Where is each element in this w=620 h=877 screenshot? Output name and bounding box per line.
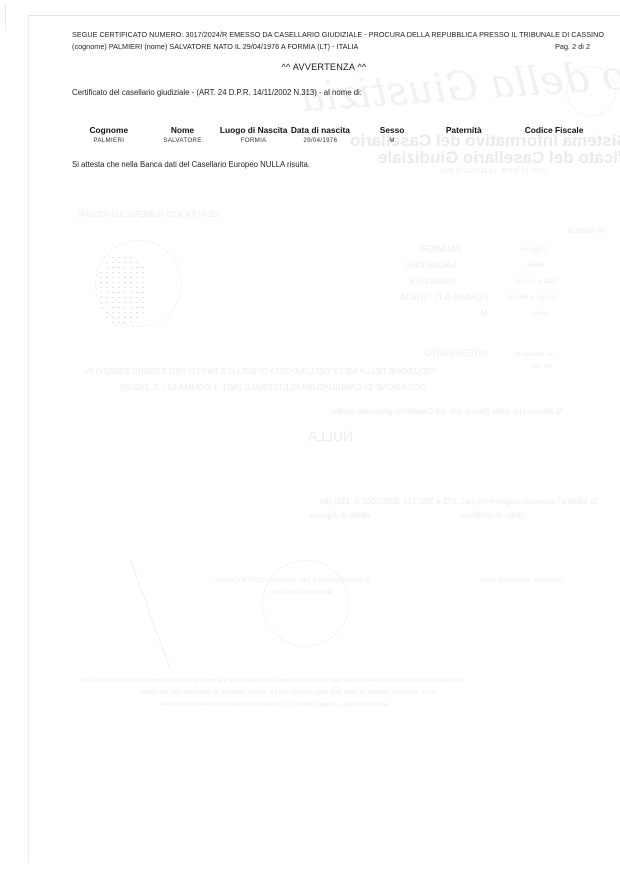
column-header: Data di nascita xyxy=(288,125,353,137)
header-line-2: (cognome) PALMIERI (nome) SALVATORE NATO… xyxy=(72,41,618,53)
bleed-through-value: 29/04/1976 xyxy=(410,276,455,286)
page-edge-top xyxy=(28,15,620,16)
seal-stamp-dots-icon xyxy=(98,255,148,325)
column-header: Codice Fiscale xyxy=(496,125,612,137)
warning-title: ^^ AVVERTENZA ^^ xyxy=(0,62,620,72)
cell-codice-fiscale xyxy=(496,137,612,147)
bleed-through-value: PALMIERI xyxy=(420,244,461,254)
bleed-through-cert-number: CERTIFICATO NUMERO: 3017/2024/R xyxy=(78,210,219,219)
cell-paternita xyxy=(431,137,496,147)
cell-nome: SALVATORE xyxy=(146,137,220,147)
bleed-through-value: FORMIA (LT) - ITALIA xyxy=(400,292,488,302)
column-header: Cognome xyxy=(72,125,146,137)
table-row: PALMIERI SALVATORE FORMIA 29/04/1976 M xyxy=(72,137,612,147)
seal-stamp-lower-icon xyxy=(262,560,349,647)
bleed-through-payment: Si attesta l'avvenuto pagamento (art. 27… xyxy=(320,496,598,506)
continuation-header: SEGUE CERTIFICATO NUMERO: 3017/2024/R EM… xyxy=(72,29,618,52)
page-number: Pag. 2 di 2 xyxy=(555,41,590,53)
header-line-1: SEGUE CERTIFICATO NUMERO: 3017/2024/R EM… xyxy=(72,29,618,41)
bleed-through-label: Data di nascita xyxy=(515,278,558,285)
table-header-row: Cognome Nome Luogo di Nascita Data di na… xyxy=(72,125,612,137)
bleed-through-label: Sesso xyxy=(530,310,548,317)
bleed-through-label: Luogo di Nascita xyxy=(507,294,555,301)
bleed-through-footer2: D.P.R. 445/2000; rilasciato ai sensi del… xyxy=(140,690,437,696)
bleed-through-footer3: ai sensi del D.lgs. 28 luglio 1989 n. 27… xyxy=(160,702,389,708)
bleed-through-value: SALVATORE xyxy=(405,260,457,270)
bleed-through-cert-subtitle: (ART. 24 D.P.R. 14/11/2002 N.313) xyxy=(440,168,548,175)
certificate-intro: Certificato del casellario giudiziale - … xyxy=(72,88,362,97)
bleed-through-fee1: diritto di certificato xyxy=(460,511,524,520)
cell-sesso: M xyxy=(353,137,432,147)
bleed-through-to-name: Al nome di: xyxy=(565,226,605,235)
bleed-through-use-line1: RIDUZIONE DELLA META' DELL'IMPOSTA DI BO… xyxy=(85,366,435,376)
bleed-through-date: CASSINO, 22/01/2024 09:17 xyxy=(480,577,563,584)
person-table: Cognome Nome Luogo di Nascita Data di na… xyxy=(72,125,612,147)
bleed-through-attest: Si attesta che nella Banca dati del Case… xyxy=(330,406,563,416)
bleed-through-cert-title: Certificato del Casellario Giudiziale xyxy=(378,148,620,168)
bleed-through-fee2: diritto di urgenza xyxy=(310,511,369,520)
attestation-text: Si attesta che nella Banca dati del Case… xyxy=(72,160,310,169)
bleed-through-use-line2: OCCASIONE DI CANDIDATURA ELETTORALE (ART… xyxy=(120,382,426,392)
bleed-through-label: Nome xyxy=(527,262,544,269)
cell-luogo-nascita: FORMIA xyxy=(219,137,288,147)
bleed-through-label: Cognome xyxy=(518,246,546,253)
cell-data-nascita: 29/04/1976 xyxy=(288,137,353,147)
bleed-through-use-label: Per uso: xyxy=(530,364,552,370)
bleed-through-requester-label: Su richiesta di: xyxy=(514,352,553,358)
emblem-icon xyxy=(566,66,616,116)
bleed-through-footer1: Il presente certificato non può essere p… xyxy=(82,678,464,684)
column-header: Sesso xyxy=(353,125,432,137)
bleed-through-result: NULLA xyxy=(308,428,353,444)
bleed-through-requester: INTERESSATO xyxy=(425,348,488,358)
column-header: Nome xyxy=(146,125,220,137)
bleed-through-value: M xyxy=(480,308,488,318)
cell-cognome: PALMIERI xyxy=(72,137,146,147)
column-header: Luogo di Nascita xyxy=(219,125,288,137)
scan-edge xyxy=(5,5,26,30)
column-header: Paternità xyxy=(431,125,496,137)
page-edge-left xyxy=(28,15,29,862)
